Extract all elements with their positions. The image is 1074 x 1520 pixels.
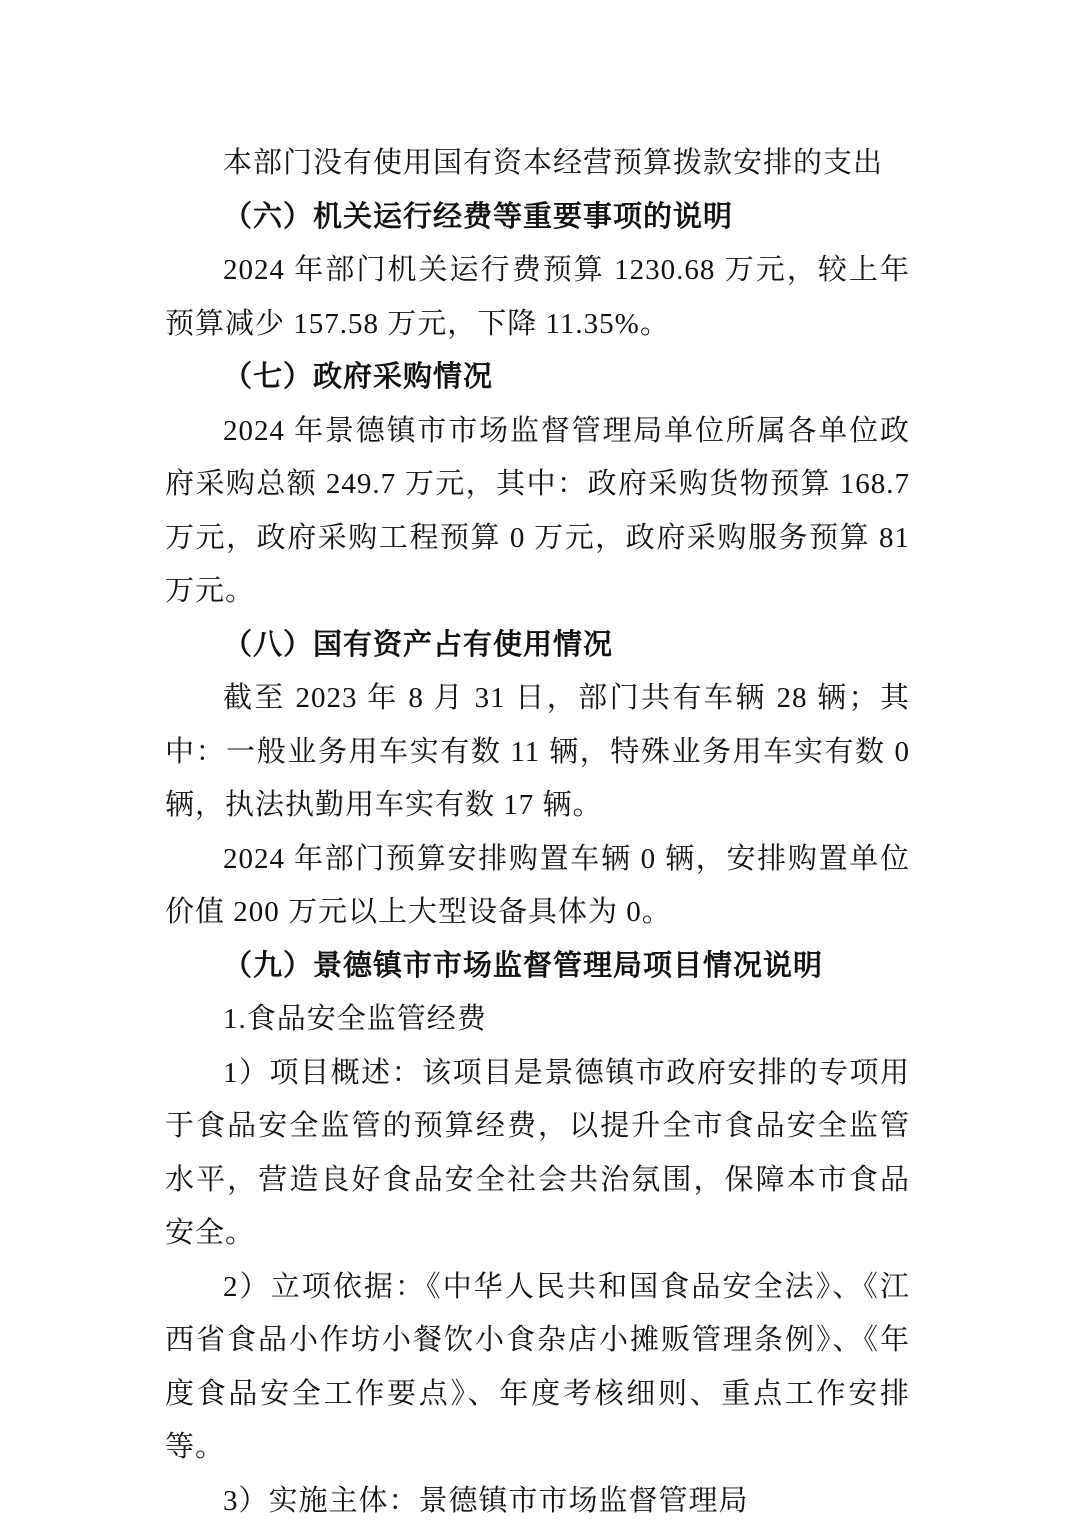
paragraph-procurement-totals: 2024 年景德镇市市场监督管理局单位所属各单位政府采购总额 249.7 万元，… — [165, 405, 910, 619]
paragraph-project-implementing-body: 3）实施主体：景德镇市市场监督管理局 — [165, 1475, 910, 1520]
paragraph-project-overview: 1）项目概述：该项目是景德镇市政府安排的专项用于食品安全监管的预算经费，以提升全… — [165, 1047, 910, 1261]
section-heading-9-project-description: （九）景德镇市市场监督管理局项目情况说明 — [165, 940, 910, 994]
section-heading-6-operating-expenses: （六）机关运行经费等重要事项的说明 — [165, 191, 910, 245]
document-page: 本部门没有使用国有资本经营预算拨款安排的支出 （六）机关运行经费等重要事项的说明… — [0, 0, 1074, 1520]
paragraph-project-legal-basis: 2）立项依据：《中华人民共和国食品安全法》、《江西省食品小作坊小餐饮小食杂店小摊… — [165, 1261, 910, 1475]
paragraph-vehicle-purchase-plan: 2024 年部门预算安排购置车辆 0 辆，安排购置单位价值 200 万元以上大型… — [165, 833, 910, 940]
paragraph-no-state-capital-expenditure: 本部门没有使用国有资本经营预算拨款安排的支出 — [165, 137, 910, 191]
paragraph-operating-expense-budget: 2024 年部门机关运行费预算 1230.68 万元，较上年预算减少 157.5… — [165, 244, 910, 351]
section-heading-8-state-assets: （八）国有资产占有使用情况 — [165, 619, 910, 673]
paragraph-project-name-food-safety: 1.食品安全监管经费 — [165, 993, 910, 1047]
section-heading-7-government-procurement: （七）政府采购情况 — [165, 351, 910, 405]
paragraph-vehicle-holdings: 截至 2023 年 8 月 31 日，部门共有车辆 28 辆；其中：一般业务用车… — [165, 672, 910, 833]
